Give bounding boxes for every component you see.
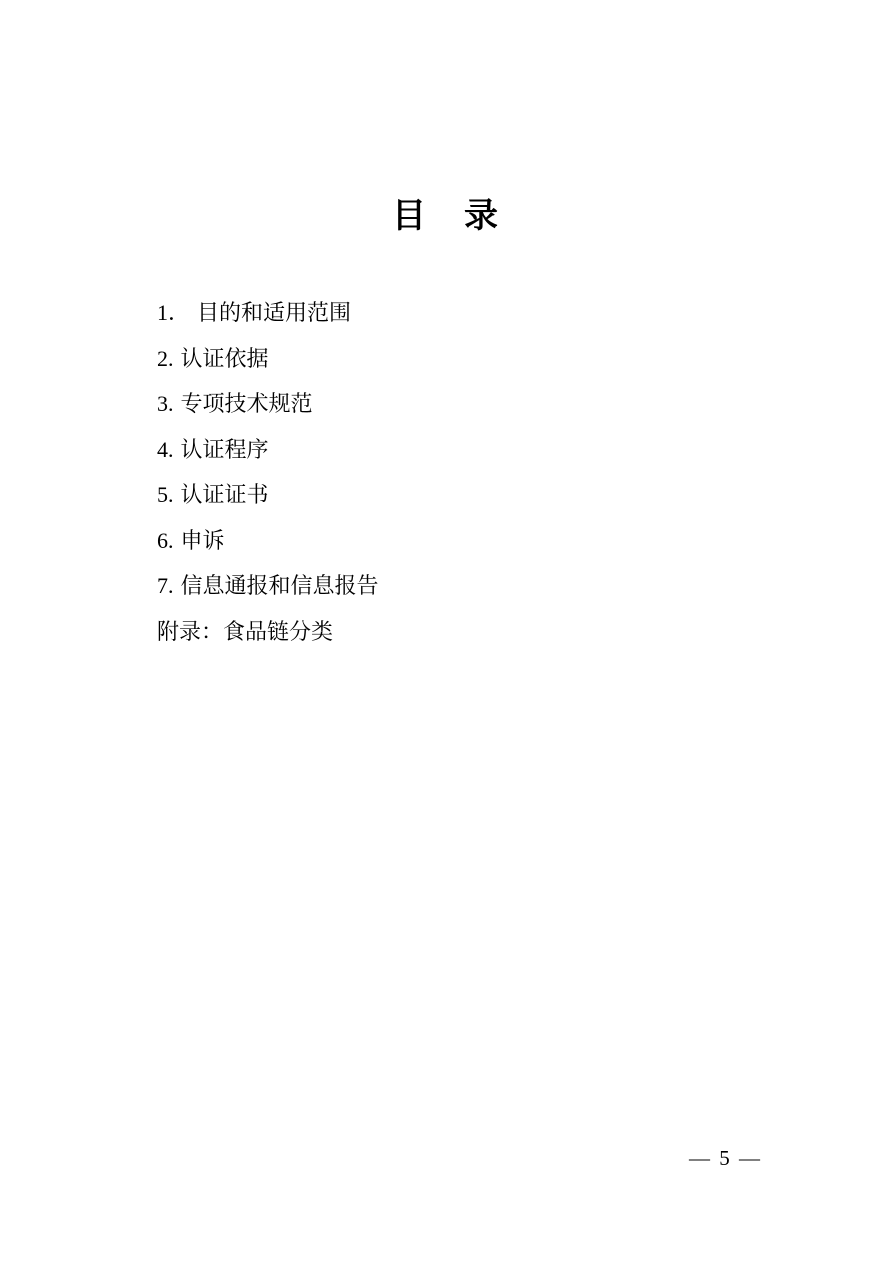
toc-entry-number: 7. [157, 563, 174, 609]
toc-entry-number: 附录： [157, 609, 223, 655]
toc-entry-number: 3. [157, 381, 174, 427]
toc-entry-number: 2. [157, 336, 174, 382]
toc-entry-label: 专项技术规范 [181, 381, 313, 427]
toc-entry: 4. 认证程序 [157, 427, 757, 473]
toc-entry-number: 1． [157, 290, 190, 336]
table-of-contents: 1． 目的和适用范围 2. 认证依据 3. 专项技术规范 4. 认证程序 5. … [157, 290, 757, 654]
toc-entry: 5. 认证证书 [157, 472, 757, 518]
toc-entry-number: 6. [157, 518, 174, 564]
toc-entry: 6. 申诉 [157, 518, 757, 564]
toc-entry-label: 认证依据 [181, 336, 269, 382]
toc-entry: 7. 信息通报和信息报告 [157, 563, 757, 609]
toc-entry: 1． 目的和适用范围 [157, 290, 757, 336]
toc-entry-number: 4. [157, 427, 174, 473]
toc-entry: 3. 专项技术规范 [157, 381, 757, 427]
toc-entry: 2. 认证依据 [157, 336, 757, 382]
page-number: — 5 — [689, 1143, 762, 1173]
toc-entry-label: 申诉 [181, 518, 225, 564]
toc-entry-label: 认证证书 [181, 472, 269, 518]
toc-entry-label: 认证程序 [181, 427, 269, 473]
toc-entry-number: 5. [157, 472, 174, 518]
document-page: 目 录 1． 目的和适用范围 2. 认证依据 3. 专项技术规范 4. 认证程序… [0, 0, 892, 1262]
toc-entry-label: 信息通报和信息报告 [181, 563, 379, 609]
toc-entry-label: 目的和适用范围 [197, 290, 351, 336]
toc-entry-label: 食品链分类 [223, 609, 333, 655]
toc-entry-appendix: 附录： 食品链分类 [157, 609, 757, 655]
page-title: 目 录 [0, 196, 892, 236]
